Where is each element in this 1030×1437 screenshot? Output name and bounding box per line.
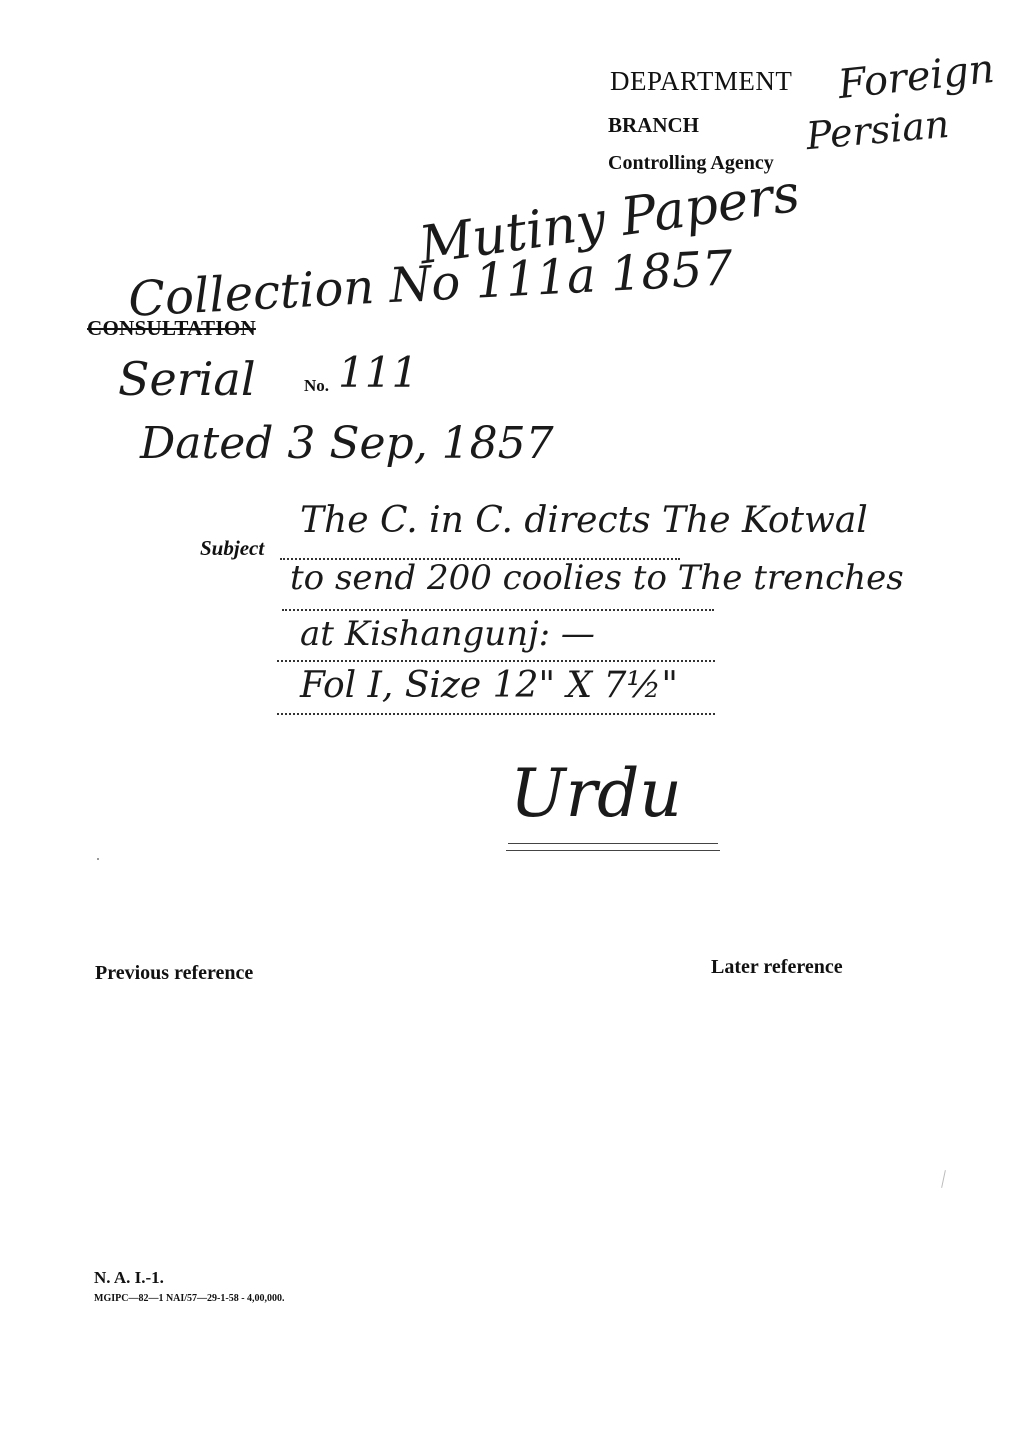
language-underline	[506, 850, 720, 851]
branch-label: BRANCH	[608, 113, 699, 138]
form-code: N. A. I.-1.	[94, 1268, 164, 1288]
later-reference-label: Later reference	[711, 956, 843, 979]
subject-label: Subject	[200, 536, 264, 561]
serial-no-label: No.	[304, 376, 329, 396]
print-line: MGIPC—82—1 NAI/57—29-1-58 - 4,00,000.	[94, 1293, 285, 1304]
department-value: Foreign	[836, 46, 997, 108]
subject-dotted-line	[282, 609, 714, 611]
language-underline	[508, 843, 718, 844]
dated-field: Dated 3 Sep, 1857	[140, 418, 554, 469]
language-note: Urdu	[510, 755, 682, 832]
subject-dotted-line	[277, 713, 715, 715]
department-label: DEPARTMENT	[610, 66, 792, 97]
serial-value: 111	[338, 348, 418, 397]
serial-word: Serial	[118, 352, 256, 406]
paper-speck	[97, 858, 99, 860]
branch-value: Persian	[804, 102, 951, 158]
previous-reference-label: Previous reference	[95, 962, 253, 985]
subject-dotted-line	[277, 660, 715, 662]
subject-line-2: to send 200 coolies to The trenches	[290, 558, 904, 598]
paper-mark	[941, 1170, 946, 1188]
subject-line-4: Fol I, Size 12" X 7½"	[300, 665, 678, 706]
subject-line-1: The C. in C. directs The Kotwal	[300, 500, 868, 541]
consultation-label: CONSULTATION	[87, 316, 256, 341]
subject-line-3: at Kishangunj: —	[300, 614, 595, 654]
